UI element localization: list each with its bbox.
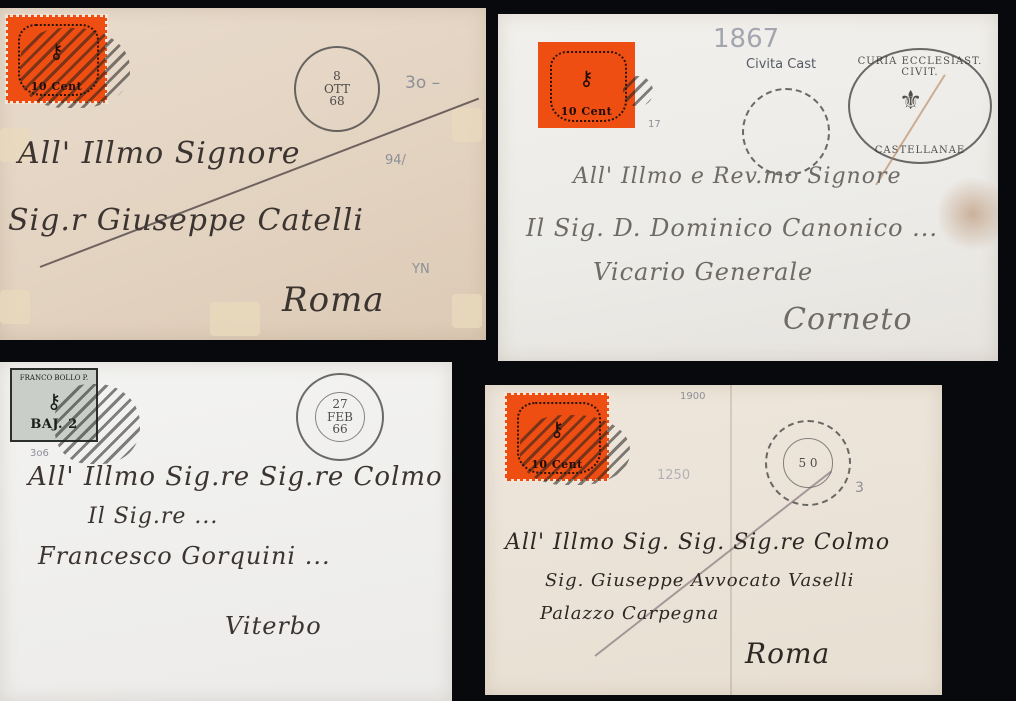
cover-bottom-right: ⚷ 10 Cent 1900 1250 5 0 3 All' Illmo Sig… (485, 385, 942, 695)
address-line: Il Sig.re ... (88, 504, 218, 529)
address-line: Palazzo Carpegna (540, 603, 719, 624)
postmark-circle: 27 FEB 66 (296, 373, 384, 461)
hinge-tab (0, 290, 30, 324)
address-line: Viterbo (225, 612, 322, 640)
postmark-circle: 5 0 (765, 420, 851, 506)
address-line: Roma (282, 280, 385, 320)
address-line: All' Illmo Sig.re Sig.re Colmo (28, 462, 443, 492)
paper-stain (938, 174, 998, 254)
address-line: Sig.r Giuseppe Catelli (8, 203, 364, 238)
address-line: Francesco Gorquini ... (38, 542, 331, 570)
address-line: Roma (745, 637, 830, 670)
hinge-tab (452, 108, 482, 142)
pencil-note: 17 (648, 119, 661, 130)
hinge-tab (452, 294, 482, 328)
cover-top-right: ⚷ 10 Cent 1867 Civita Cast 17 CURIA ECCL… (498, 14, 998, 361)
seal-curia-ecclesiastica: CURIA ECCLESIAST. CIVIT. ⚜ CASTELLANAE (848, 48, 992, 164)
address-line: Corneto (783, 302, 913, 337)
cancellation-bars (623, 76, 653, 106)
postmark-circle: 8 OTT 68 (294, 46, 380, 132)
cancellation-bars (55, 384, 140, 464)
pencil-note: YN (412, 262, 430, 277)
cancellation-bars (20, 28, 130, 108)
address-line: Sig. Giuseppe Avvocato Vaselli (545, 570, 854, 591)
pencil-note: 1250 (657, 468, 690, 483)
address-line: All' Illmo Sig. Sig. Sig.re Colmo (505, 530, 890, 555)
postmark-circle-faint (742, 88, 830, 176)
pencil-note: 1900 (680, 391, 705, 402)
hinge-tab (210, 302, 260, 336)
address-line: Vicario Generale (593, 258, 813, 286)
cancellation-bars (520, 415, 630, 485)
stamp-10-cent: ⚷ 10 Cent (538, 42, 635, 128)
papal-tiara-icon: ⚜ (899, 86, 922, 116)
pencil-note: 94/ (385, 153, 406, 168)
pencil-note: 3o – (405, 73, 440, 93)
cover-bottom-left: FRANCO BOLLO P. ⚷ BAJ. 2 3o6 27 FEB 66 A… (0, 362, 452, 701)
manuscript-stroke (40, 98, 479, 268)
cover-top-left: ⚷ 10 Cent 8 OTT 68 3o – 94/ YN All' Illm… (0, 8, 486, 340)
manuscript-stroke (594, 471, 832, 657)
pencil-note: 3 (855, 480, 864, 496)
address-line: Il Sig. D. Dominico Canonico ... (526, 214, 938, 242)
pencil-year: 1867 (713, 24, 779, 54)
crossed-keys-icon: ⚷ (567, 68, 606, 94)
address-line: All' Illmo e Rev.mo Signore (573, 164, 902, 189)
pencil-note: 3o6 (30, 448, 49, 459)
address-line: All' Illmo Signore (18, 136, 301, 171)
pencil-note: Civita Cast (746, 57, 816, 72)
